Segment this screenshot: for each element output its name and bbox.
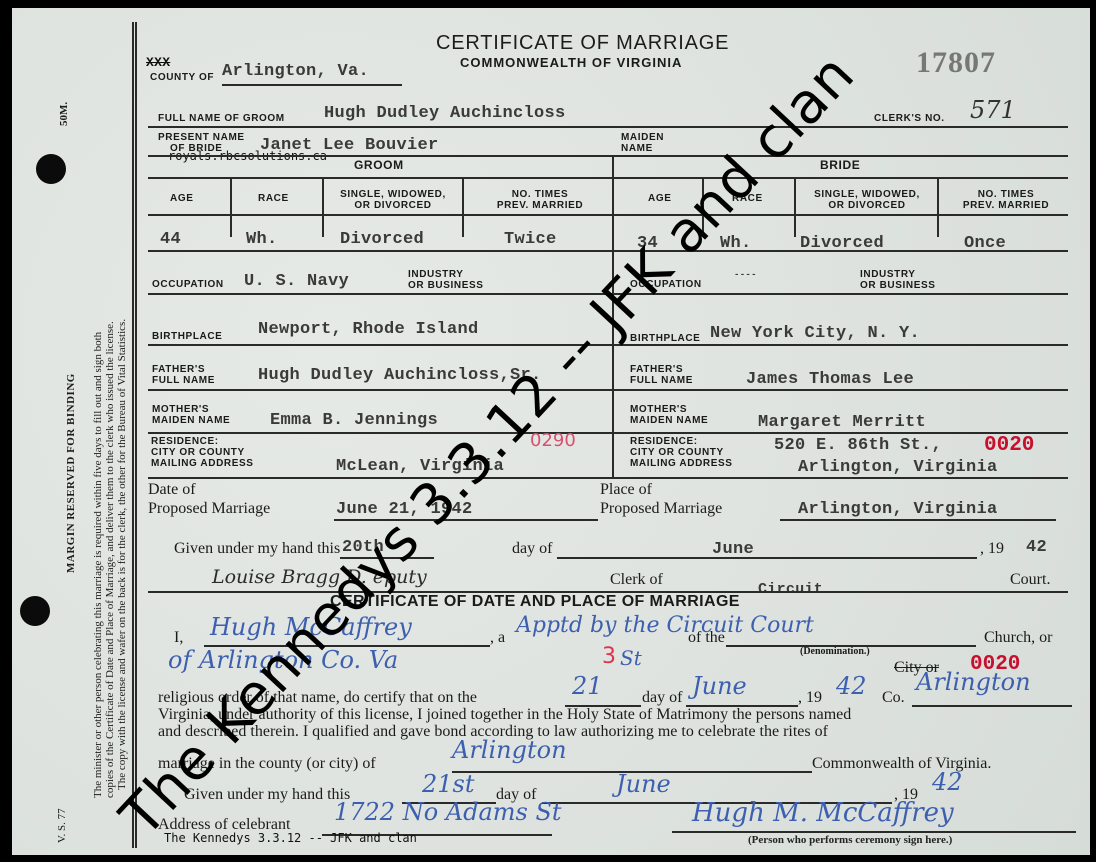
residence-label-1: RESIDENCE:: [151, 436, 219, 447]
row-rule: [148, 432, 1068, 434]
groom-birthplace: Newport, Rhode Island: [258, 320, 479, 339]
bride-industry-label: INDUSTRYOR BUSINESS: [860, 269, 936, 291]
red-mark: 3: [602, 644, 616, 669]
county-prefix-struck: XXX: [146, 55, 170, 70]
row-rule: [148, 214, 1068, 216]
binding-note: MARGIN RESERVED FOR BINDING: [65, 373, 77, 573]
license-day-of: day of: [512, 540, 552, 558]
groom-mother: Emma B. Jennings: [270, 411, 438, 430]
ceremony-given-year: 42: [932, 768, 963, 796]
father-label-1: FATHER'S: [152, 364, 205, 375]
clerk-of-label: Clerk of: [610, 571, 663, 589]
given-month-underline: [557, 557, 977, 559]
row-rule: [148, 177, 1068, 179]
residence-label-2: CITY OR COUNTY: [151, 447, 245, 458]
place-proposed-label: Place ofProposed Marriage: [600, 480, 722, 518]
bride-residence-label: RESIDENCE:CITY OR COUNTYMAILING ADDRESS: [630, 436, 733, 469]
groom-father-label: FATHER'SFULL NAME: [152, 364, 215, 386]
certificate-subtitle: COMMONWEALTH OF VIRGINIA: [460, 57, 682, 68]
col-divider: [462, 177, 464, 237]
ceremony-church-or: Church, or: [984, 629, 1052, 647]
celebrant-signature: Hugh M. McCaffrey: [692, 798, 954, 828]
groom-mother-label: MOTHER'SMAIDEN NAME: [152, 404, 230, 426]
license-given-text: Given under my hand this: [174, 540, 340, 558]
mother-label-2: MAIDEN NAME: [630, 415, 708, 426]
clerk-no-label: CLERK'S NO.: [874, 113, 945, 124]
row-rule: [148, 126, 1068, 128]
groom-times-header: NO. TIMESPREV. MARRIED: [470, 189, 610, 211]
groom-industry-label: INDUSTRYOR BUSINESS: [408, 269, 484, 291]
groom-race-header: RACE: [258, 193, 289, 204]
bride-name-label-1: PRESENT NAME: [158, 132, 245, 143]
maiden-name-label-1: MAIDEN: [621, 132, 664, 143]
bride-residence-1: 520 E. 86th St.,: [774, 436, 942, 455]
residence-label-2: CITY OR COUNTY: [630, 447, 724, 458]
bride-occupation: ----: [734, 270, 757, 280]
mother-label-1: MOTHER'S: [152, 404, 209, 415]
groom-name-label: FULL NAME OF GROOM: [158, 113, 285, 124]
ceremony-i-label: I,: [174, 629, 183, 647]
married-county: Arlington: [916, 668, 1031, 696]
denomination-note: (Denomination.): [800, 646, 870, 657]
license-given-year: 42: [1026, 538, 1047, 557]
bride-residence-2: Arlington, Virginia: [798, 458, 998, 477]
license-year-prefix: , 19: [980, 540, 1004, 558]
groom-status-header: SINGLE, WIDOWED,OR DIVORCED: [330, 189, 456, 211]
marriage-certificate: 50M. MARGIN RESERVED FOR BINDING V. S. 7…: [12, 8, 1090, 855]
status-header-1: SINGLE, WIDOWED,: [814, 189, 920, 200]
married-day: 21: [572, 672, 603, 700]
father-label-2: FULL NAME: [630, 375, 693, 386]
place-label-2: Proposed Marriage: [600, 500, 722, 517]
county-label: COUNTY OF: [150, 72, 214, 83]
maiden-name-label-2: NAME: [621, 143, 653, 154]
signature-note: (Person who performs ceremony sign here.…: [748, 834, 952, 846]
groom-age-header: AGE: [170, 193, 193, 204]
mother-label-2: MAIDEN NAME: [152, 415, 230, 426]
instruction-line-2: copies of the Certificate of Date and Pl…: [104, 321, 116, 798]
bride-status-header: SINGLE, WIDOWED,OR DIVORCED: [802, 189, 932, 211]
groom-father: Hugh Dudley Auchincloss,Sr.: [258, 366, 542, 385]
row-rule: [148, 477, 1068, 479]
co-label: Co.: [882, 689, 905, 707]
margin-border-inner: [135, 22, 137, 848]
row-rule: [148, 389, 1068, 391]
date-proposed-label: Date ofProposed Marriage: [148, 480, 270, 518]
print-run: 50M.: [58, 102, 70, 126]
bride-mother: Margaret Merritt: [758, 413, 926, 432]
industry-label-1: INDUSTRY: [408, 269, 464, 280]
place-underline: [780, 519, 1056, 521]
status-header-1: SINGLE, WIDOWED,: [340, 189, 446, 200]
celebrant-address: 1722 No Adams St: [334, 798, 562, 826]
bride-father-label: FATHER'SFULL NAME: [630, 364, 693, 386]
commonwealth-label: Commonwealth of Virginia.: [812, 755, 991, 773]
bride-mother-label: MOTHER'SMAIDEN NAME: [630, 404, 708, 426]
bride-heading: BRIDE: [820, 160, 860, 171]
groom-occupation: U. S. Navy: [244, 272, 349, 291]
place-label-1: Place of: [600, 481, 652, 498]
father-label-1: FATHER'S: [630, 364, 683, 375]
bride-birthplace: New York City, N. Y.: [710, 324, 920, 343]
married-year-prefix: , 19: [798, 689, 822, 707]
bride-residence-stamp: 0020: [984, 434, 1034, 457]
form-code: V. S. 77: [56, 808, 68, 843]
times-header-2: PREV. MARRIED: [497, 200, 583, 211]
industry-label-2: OR BUSINESS: [860, 280, 936, 291]
margin-border: [132, 22, 134, 848]
bride-father: James Thomas Lee: [746, 370, 914, 389]
father-label-2: FULL NAME: [152, 375, 215, 386]
instruction-line-3: The copy with the license and wafer on t…: [116, 319, 128, 790]
industry-label-1: INDUSTRY: [860, 269, 916, 280]
groom-heading: GROOM: [354, 160, 404, 171]
county-underline: [222, 84, 402, 86]
certificate-title: CERTIFICATE OF MARRIAGE: [436, 32, 729, 55]
ceremony-a-label: , a: [490, 629, 505, 647]
groom-occupation-label: OCCUPATION: [152, 279, 224, 290]
place-proposed-value: Arlington, Virginia: [798, 500, 998, 519]
col-divider: [794, 177, 796, 237]
marriage-county: Arlington: [452, 736, 567, 764]
married-day-of: day of: [642, 689, 682, 707]
residence-label-3: MAILING ADDRESS: [630, 458, 733, 469]
col-divider: [937, 177, 939, 237]
residence-label-1: RESIDENCE:: [630, 436, 698, 447]
ceremony-given-day: 21st: [422, 770, 475, 798]
industry-label-2: OR BUSINESS: [408, 280, 484, 291]
groom-age: 44: [160, 230, 181, 249]
times-header-2: PREV. MARRIED: [963, 200, 1049, 211]
status-header-2: OR DIVORCED: [354, 200, 431, 211]
footer-watermark: The Kennedys 3.3.12 -- JFK and clan: [164, 831, 417, 845]
certificate-number: 17807: [916, 46, 996, 80]
status-header-2: OR DIVORCED: [828, 200, 905, 211]
groom-name-value: Hugh Dudley Auchincloss: [324, 104, 566, 123]
signature-underline: [672, 831, 1076, 833]
residence-label-3: MAILING ADDRESS: [151, 458, 254, 469]
col-divider: [230, 177, 232, 237]
times-header-1: NO. TIMES: [512, 189, 569, 200]
ceremony-given-month: June: [616, 770, 671, 798]
groom-birthplace-label: BIRTHPLACE: [152, 331, 222, 342]
court-value: Circuit: [758, 581, 823, 598]
county-value: Arlington, Va.: [222, 62, 369, 81]
bride-birthplace-label: BIRTHPLACE: [630, 333, 700, 344]
row-rule: [148, 250, 1068, 252]
groom-times-married: Twice: [504, 230, 557, 249]
clerk-no-value: 571: [970, 96, 1016, 124]
ceremony-of-the: of the: [688, 629, 725, 647]
bride-times-header: NO. TIMESPREV. MARRIED: [944, 189, 1068, 211]
col-divider: [322, 177, 324, 237]
binding-hole-bottom: [20, 596, 50, 626]
row-rule: [148, 155, 1068, 157]
date-label-2: Proposed Marriage: [148, 500, 270, 517]
date-label-1: Date of: [148, 481, 196, 498]
st-mark: St: [620, 646, 642, 670]
court-suffix: Court.: [1010, 571, 1050, 589]
officiant-title: Apptd by the Circuit Court: [516, 613, 814, 638]
married-year: 42: [836, 672, 867, 700]
bride-age-header: AGE: [648, 193, 671, 204]
times-header-1: NO. TIMES: [978, 189, 1035, 200]
instruction-line-1: The minister or other person celebrating…: [92, 332, 104, 798]
married-county-underline: [912, 705, 1072, 707]
married-month: June: [692, 672, 747, 700]
mother-label-1: MOTHER'S: [630, 404, 687, 415]
groom-residence-label: RESIDENCE:CITY OR COUNTYMAILING ADDRESS: [151, 436, 254, 469]
groom-race: Wh.: [246, 230, 278, 249]
binding-hole-top: [36, 154, 66, 184]
groom-status: Divorced: [340, 230, 424, 249]
